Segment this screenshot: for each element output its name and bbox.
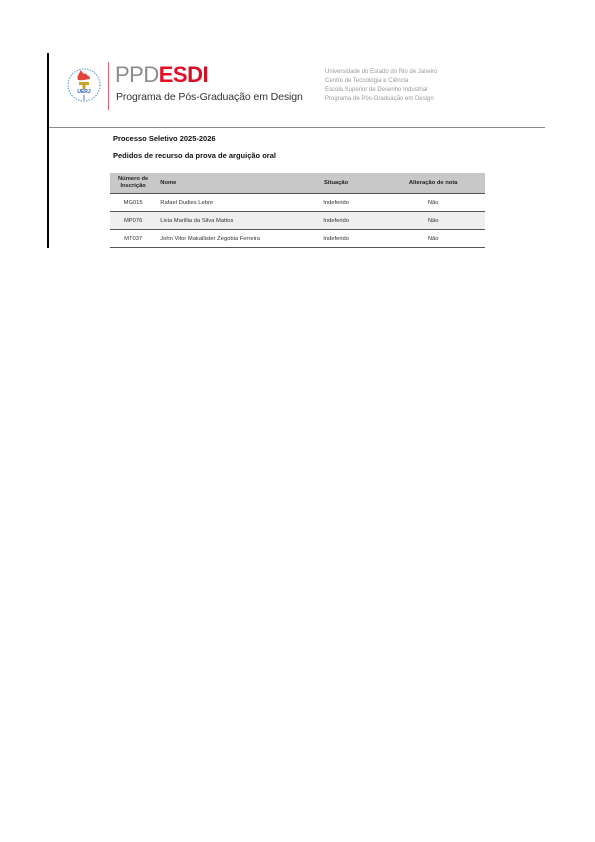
table-row: MP076 Livia Marillia da Silva Mattos Ind… (110, 212, 485, 230)
document-subtitle: Pedidos de recurso da prova de arguição … (113, 151, 276, 161)
page-left-rule (47, 53, 49, 248)
logo-divider (108, 62, 109, 110)
cell-nome: Livia Marillia da Silva Mattos (156, 212, 291, 230)
cell-situacao: Indeferido (291, 230, 381, 248)
ppdesdi-wordmark: PPDESDI (115, 63, 208, 87)
program-name: Programa de Pós-Graduação em Design (116, 90, 303, 104)
institution-block: Universidade do Estado do Rio de Janeiro… (325, 68, 437, 104)
svg-text:UERJ: UERJ (77, 89, 91, 95)
wordmark-di: DI (187, 62, 208, 87)
table-header-row: Número de Inscrição Nome Situação Altera… (110, 173, 485, 194)
institution-line: Universidade do Estado do Rio de Janeiro (325, 68, 437, 77)
uerj-seal-icon: UERJ (66, 66, 102, 104)
cell-numero: MP076 (110, 212, 156, 230)
column-header-situacao: Situação (291, 173, 381, 194)
column-header-numero: Número de Inscrição (110, 173, 156, 194)
column-header-nome: Nome (156, 173, 291, 194)
institution-line: Centro de Tecnologia e Ciência (325, 77, 437, 86)
cell-situacao: Indeferido (291, 212, 381, 230)
cell-numero: MG015 (110, 194, 156, 212)
wordmark-ppd: PPD (115, 62, 159, 87)
cell-alteracao: Não (381, 212, 485, 230)
results-table: Número de Inscrição Nome Situação Altera… (110, 173, 485, 248)
institution-line: Escola Superior de Desenho Industrial (325, 86, 437, 95)
institution-line: Programa de Pós-Graduação em Design (325, 95, 437, 104)
column-header-alteracao: Alteração de nota (381, 173, 485, 194)
header-divider (49, 127, 545, 128)
cell-alteracao: Não (381, 194, 485, 212)
cell-situacao: Indeferido (291, 194, 381, 212)
document-title: Processo Seletivo 2025-2026 (113, 134, 216, 144)
cell-alteracao: Não (381, 230, 485, 248)
table-row: MT037 John Vitor Makallister Zegobia Fer… (110, 230, 485, 248)
table-row: MG015 Rafael Dudies Lebre Indeferido Não (110, 194, 485, 212)
cell-nome: John Vitor Makallister Zegobia Ferreira (156, 230, 291, 248)
cell-numero: MT037 (110, 230, 156, 248)
cell-nome: Rafael Dudies Lebre (156, 194, 291, 212)
wordmark-es: ES (159, 62, 187, 87)
